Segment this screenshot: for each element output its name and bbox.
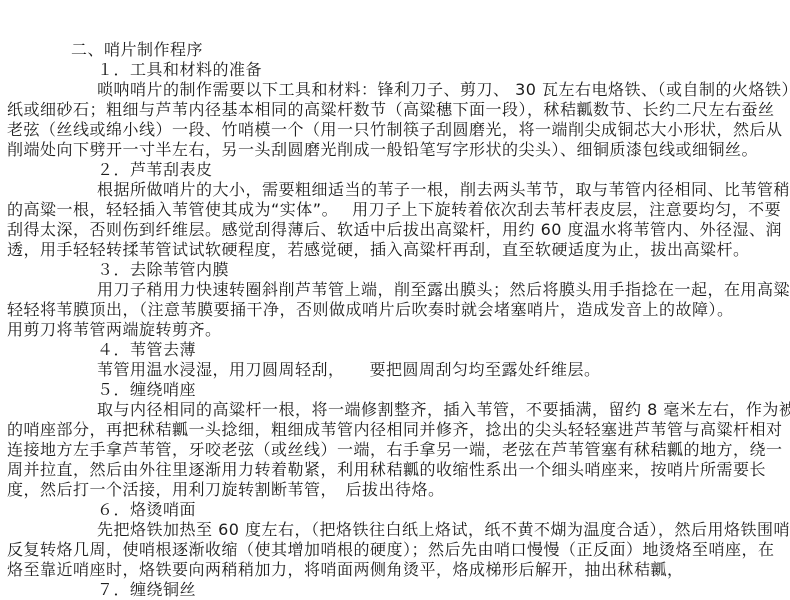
text-line: 透，用手轻轻转揉苇管试试软硬程度，若感觉硬，插入高粱杆再刮，直至软硬适度为止，拔… xyxy=(0,240,790,260)
heading-line: ６．烙烫哨面 xyxy=(0,500,790,520)
text-line: 老弦（丝线或绵小线）一段、竹哨模一个（用一只竹制筷子刮圆磨光，将一端削尖成铜芯大… xyxy=(0,120,790,140)
heading-line: ２．芦苇刮表皮 xyxy=(0,160,790,180)
text-line: 反复转烙几周，使哨根逐渐收缩（使其增加哨根的硬度）；然后先由哨口慢慢（正反面）地… xyxy=(0,540,790,560)
text-line: 先把烙铁加热至 60 度左右，（把烙铁往白纸上烙试，纸不黄不煳为温度合适），然后… xyxy=(0,520,790,540)
text-line: 削端处向下劈开一寸半左右，另一头刮圆磨光削成一般铅笔写字形状的尖头）、细铜质漆包… xyxy=(0,140,790,160)
heading-line: ３．去除苇管内膜 xyxy=(0,260,790,280)
text-line: 轻轻将苇膜顶出，（注意苇膜要捅干净，否则做成哨片后吹奏时就会堵塞哨片，造成发音上… xyxy=(0,300,790,320)
document-page: 二、哨片制作程序１．工具和材料的准备唢呐哨片的制作需要以下工具和材料：锋利刀子、… xyxy=(0,0,790,600)
text-line: 连接地方左手拿芦苇管，牙咬老弦（或丝线）一端，右手拿另一端，老弦在芦苇管塞有秫秸… xyxy=(0,440,790,460)
heading-line: １．工具和材料的准备 xyxy=(0,60,790,80)
heading-line: ５．缠绕哨座 xyxy=(0,380,790,400)
text-line: 纸或细砂石；粗细与芦苇内径基本相同的高粱杆数节（高粱穗下面一段），秫秸瓤数节、长… xyxy=(0,100,790,120)
text-line: 刮得太深，否则伤到纤维层。感觉刮得薄后、软适中后拔出高粱杆，用约 60 度温水将… xyxy=(0,220,790,240)
text-line: 苇管用温水浸湿，用刀圆周轻刮， 要把圆周刮匀均至露处纤维层。 xyxy=(0,360,790,380)
text-line: 取与内径相同的高粱杆一根，将一端修割整齐，插入苇管，不要插满，留约 8 毫米左右… xyxy=(0,400,790,420)
text-line: 用刀子稍用力快速转圈斜削芦苇管上端，削至露出膜头；然后将膜头用手指捻在一起，在用… xyxy=(0,280,790,300)
text-line: 根据所做哨片的大小，需要粗细适当的苇子一根，削去两头苇节，取与苇管内径相同、比苇… xyxy=(0,180,790,200)
text-line: 的哨座部分，再把秫秸瓤一头捻细，粗细成苇管内径相同并修齐，捻出的尖头轻轻塞进芦苇… xyxy=(0,420,790,440)
text-line: 烙至靠近哨座时，烙铁要向两稍稍加力，将哨面两侧角烫平，烙成梯形后解开，抽出秫秸瓤… xyxy=(0,560,790,580)
text-line: 用剪刀将苇管两端旋转剪齐。 xyxy=(0,320,790,340)
section-title-line: 二、哨片制作程序 xyxy=(0,40,790,60)
heading-line: ７．缠绕铜丝 xyxy=(0,580,790,600)
text-line: 周并拉直，然后由外往里逐渐用力转着勒紧，利用秫秸瓤的收缩性系出一个细头哨座来，按… xyxy=(0,460,790,480)
heading-line: ４．苇管去薄 xyxy=(0,340,790,360)
text-line: 的高粱一根，轻轻插入苇管使其成为“实体”。 用刀子上下旋转着依次刮去苇杆表皮层，… xyxy=(0,200,790,220)
document-body: 二、哨片制作程序１．工具和材料的准备唢呐哨片的制作需要以下工具和材料：锋利刀子、… xyxy=(0,40,790,600)
text-line: 度，然后打一个活接，用利刀旋转割断苇管， 后拔出待烙。 xyxy=(0,480,790,500)
text-line: 唢呐哨片的制作需要以下工具和材料：锋利刀子、剪刀、 30 瓦左右电烙铁、（或自制… xyxy=(0,80,790,100)
